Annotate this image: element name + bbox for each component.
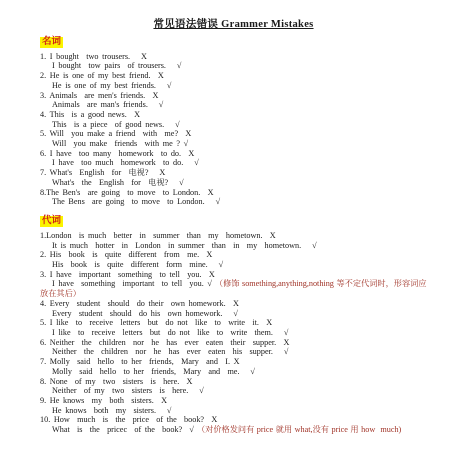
wrong-sentence: 5. Will you make a friend with me? X	[40, 129, 427, 139]
grammar-item: 1.London is much better in summer than m…	[40, 231, 427, 250]
grammar-item: 7. Molly said hello to her friends, Mary…	[40, 357, 427, 376]
grammar-item: 1. I bought two trousers. X I bought tow…	[40, 52, 427, 71]
correct-sentence: Neither the children nor he has ever eat…	[40, 347, 427, 357]
grammar-item: 5. I like to receive letters but do not …	[40, 318, 427, 337]
section-nouns: 名词 1. I bought two trousers. X I bought …	[40, 37, 427, 207]
grammar-item: 4. This is a good news. X This is a piec…	[40, 110, 427, 129]
wrong-sentence: 7. Molly said hello to her friends, Mary…	[40, 357, 427, 367]
correct-sentence: What is the pricec of the book? √（对价格发问有…	[40, 425, 427, 435]
grammar-item: 10. How much is the price of the book? X…	[40, 415, 427, 434]
correct-sentence: This is a piece of good news. √	[40, 120, 427, 130]
grammar-item: 3. I have important something to tell yo…	[40, 270, 427, 299]
correct-sentence: What's the English for 电视? √	[40, 178, 427, 188]
grammar-item: 2. He is one of my best friend. X He is …	[40, 71, 427, 90]
wrong-sentence: 3. Animals are men's friends. X	[40, 91, 427, 101]
wrong-sentence: 10. How much is the price of the book? X	[40, 415, 427, 425]
correct-sentence: His book is quite different form mine. √	[40, 260, 427, 270]
wrong-sentence: 3. I have important something to tell yo…	[40, 270, 427, 280]
page-title: 常见语法错误 Grammer Mistakes	[40, 20, 427, 30]
correct-sentence: Neither of my two sisters is here. √	[40, 386, 427, 396]
wrong-sentence: 8. None of my two sisters is here. X	[40, 377, 427, 387]
correct-sentence: I bought tow pairs of trousers. √	[40, 61, 427, 71]
wrong-sentence: 4. This is a good news. X	[40, 110, 427, 120]
section-pronouns: 代词 1.London is much better in summer tha…	[40, 216, 427, 435]
correct-sentence: He knows both my sisters. √	[40, 406, 427, 416]
correct-sentence: I like to receive letters but do not lik…	[40, 328, 427, 338]
section-label-pronouns: 代词	[40, 216, 63, 227]
wrong-sentence: 2. He is one of my best friend. X	[40, 71, 427, 81]
correct-sentence-text: I have something important to tell you. …	[52, 279, 212, 288]
wrong-sentence: 4. Every student should do their own hom…	[40, 299, 427, 309]
wrong-sentence: 8.The Ben's are going to move to London.…	[40, 188, 427, 198]
grammar-item: 6. I have too many homework to do. X I h…	[40, 149, 427, 168]
correct-sentence: The Bens are going to move to London. √	[40, 197, 427, 207]
correct-sentence: It is much hotter in London in summer th…	[40, 241, 427, 251]
wrong-sentence: 9. He knows my both sisters. X	[40, 396, 427, 406]
grammar-item: 8.The Ben's are going to move to London.…	[40, 188, 427, 207]
correct-sentence: Every student should do his own homework…	[40, 309, 427, 319]
correct-sentence: I have something important to tell you. …	[40, 279, 427, 298]
grammar-item: 2. His book is quite different from me. …	[40, 250, 427, 269]
grammar-item: 9. He knows my both sisters. X He knows …	[40, 396, 427, 415]
correct-sentence-text: What is the pricec of the book? √	[52, 425, 194, 434]
correct-sentence: Animals are man's friends. √	[40, 100, 427, 110]
wrong-sentence: 2. His book is quite different from me. …	[40, 250, 427, 260]
grammar-item: 6. Neither the children nor he has ever …	[40, 338, 427, 357]
section-label-nouns: 名词	[40, 37, 63, 48]
grammar-item: 5. Will you make a friend with me? X Wil…	[40, 129, 427, 148]
grammar-item: 4. Every student should do their own hom…	[40, 299, 427, 318]
correct-sentence: Will you make friends with me ? √	[40, 139, 427, 149]
wrong-sentence: 5. I like to receive letters but do not …	[40, 318, 427, 328]
worksheet-page: 常见语法错误 Grammer Mistakes 名词 1. I bought t…	[0, 0, 453, 435]
wrong-sentence: 6. I have too many homework to do. X	[40, 149, 427, 159]
wrong-sentence: 1. I bought two trousers. X	[40, 52, 427, 62]
correct-sentence: I have too much homework to do. √	[40, 158, 427, 168]
grammar-item: 3. Animals are men's friends. X Animals …	[40, 91, 427, 110]
grammar-item: 7. What's English for 电视? X What's the E…	[40, 168, 427, 187]
correct-sentence: He is one of my best friends. √	[40, 81, 427, 91]
wrong-sentence: 1.London is much better in summer than m…	[40, 231, 427, 241]
wrong-sentence: 6. Neither the children nor he has ever …	[40, 338, 427, 348]
grammar-note: （对价格发问有 price 就用 what,没有 price 用 how muc…	[197, 425, 401, 434]
correct-sentence: Molly said hello to her friends, Mary an…	[40, 367, 427, 377]
grammar-item: 8. None of my two sisters is here. X Nei…	[40, 377, 427, 396]
wrong-sentence: 7. What's English for 电视? X	[40, 168, 427, 178]
